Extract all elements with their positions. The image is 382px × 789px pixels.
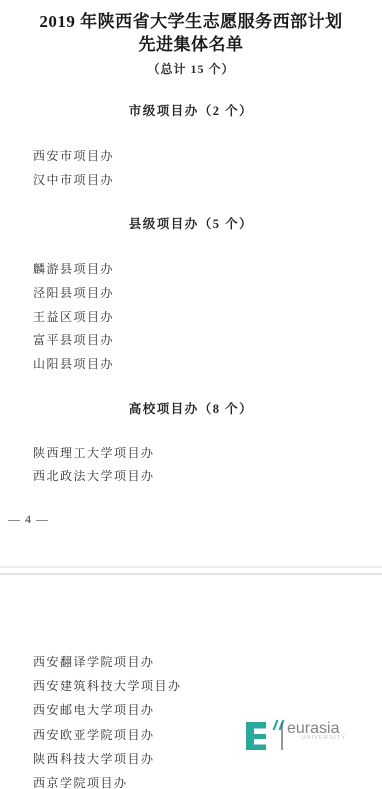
list-item: 富平县项目办 — [33, 331, 114, 348]
list-item: 陕西理工大学项目办 — [33, 444, 155, 461]
document-page-view: 2019 年陕西省大学生志愿服务西部计划 先进集体名单 （总计 15 个） 市级… — [0, 0, 382, 789]
list-item: 西北政法大学项目办 — [33, 467, 155, 484]
list-item: 西安翻译学院项目办 — [33, 653, 155, 670]
list-item: 泾阳县项目办 — [33, 284, 114, 301]
list-item: 王益区项目办 — [33, 308, 114, 325]
section-heading-university: 高校项目办（8 个） — [0, 399, 382, 417]
eurasia-university-logo: eurasia UNIVERSITY — [245, 716, 355, 754]
e-icon-notch — [254, 739, 266, 745]
list-item: 西安欧亚学院项目办 — [33, 726, 155, 743]
document-title-line2: 先进集体名单 — [0, 30, 382, 55]
page-separator-line — [0, 573, 382, 575]
list-item: 汉中市项目办 — [33, 171, 114, 188]
list-item: 西京学院项目办 — [33, 774, 128, 789]
eurasia-e-icon — [246, 720, 284, 750]
list-item: 西安建筑科技大学项目办 — [33, 677, 182, 694]
section-heading-county: 县级项目办（5 个） — [0, 214, 382, 232]
document-title-line1: 2019 年陕西省大学生志愿服务西部计划 — [0, 7, 382, 32]
list-item: 西安邮电大学项目办 — [33, 701, 155, 718]
slash-icon — [274, 720, 278, 730]
list-item: 西安市项目办 — [33, 147, 114, 164]
page-number: — 4 — — [8, 512, 49, 527]
page-separator-line — [0, 566, 382, 568]
list-item: 山阳县项目办 — [33, 355, 114, 372]
list-item: 麟游县项目办 — [33, 260, 114, 277]
document-total-note: （总计 15 个） — [0, 60, 382, 77]
list-item: 陕西科技大学项目办 — [33, 750, 155, 767]
eurasia-brand-subtext: UNIVERSITY — [301, 735, 346, 741]
e-icon-block — [246, 722, 266, 750]
e-icon-notch — [254, 729, 266, 735]
section-heading-city: 市级项目办（2 个） — [0, 101, 382, 119]
